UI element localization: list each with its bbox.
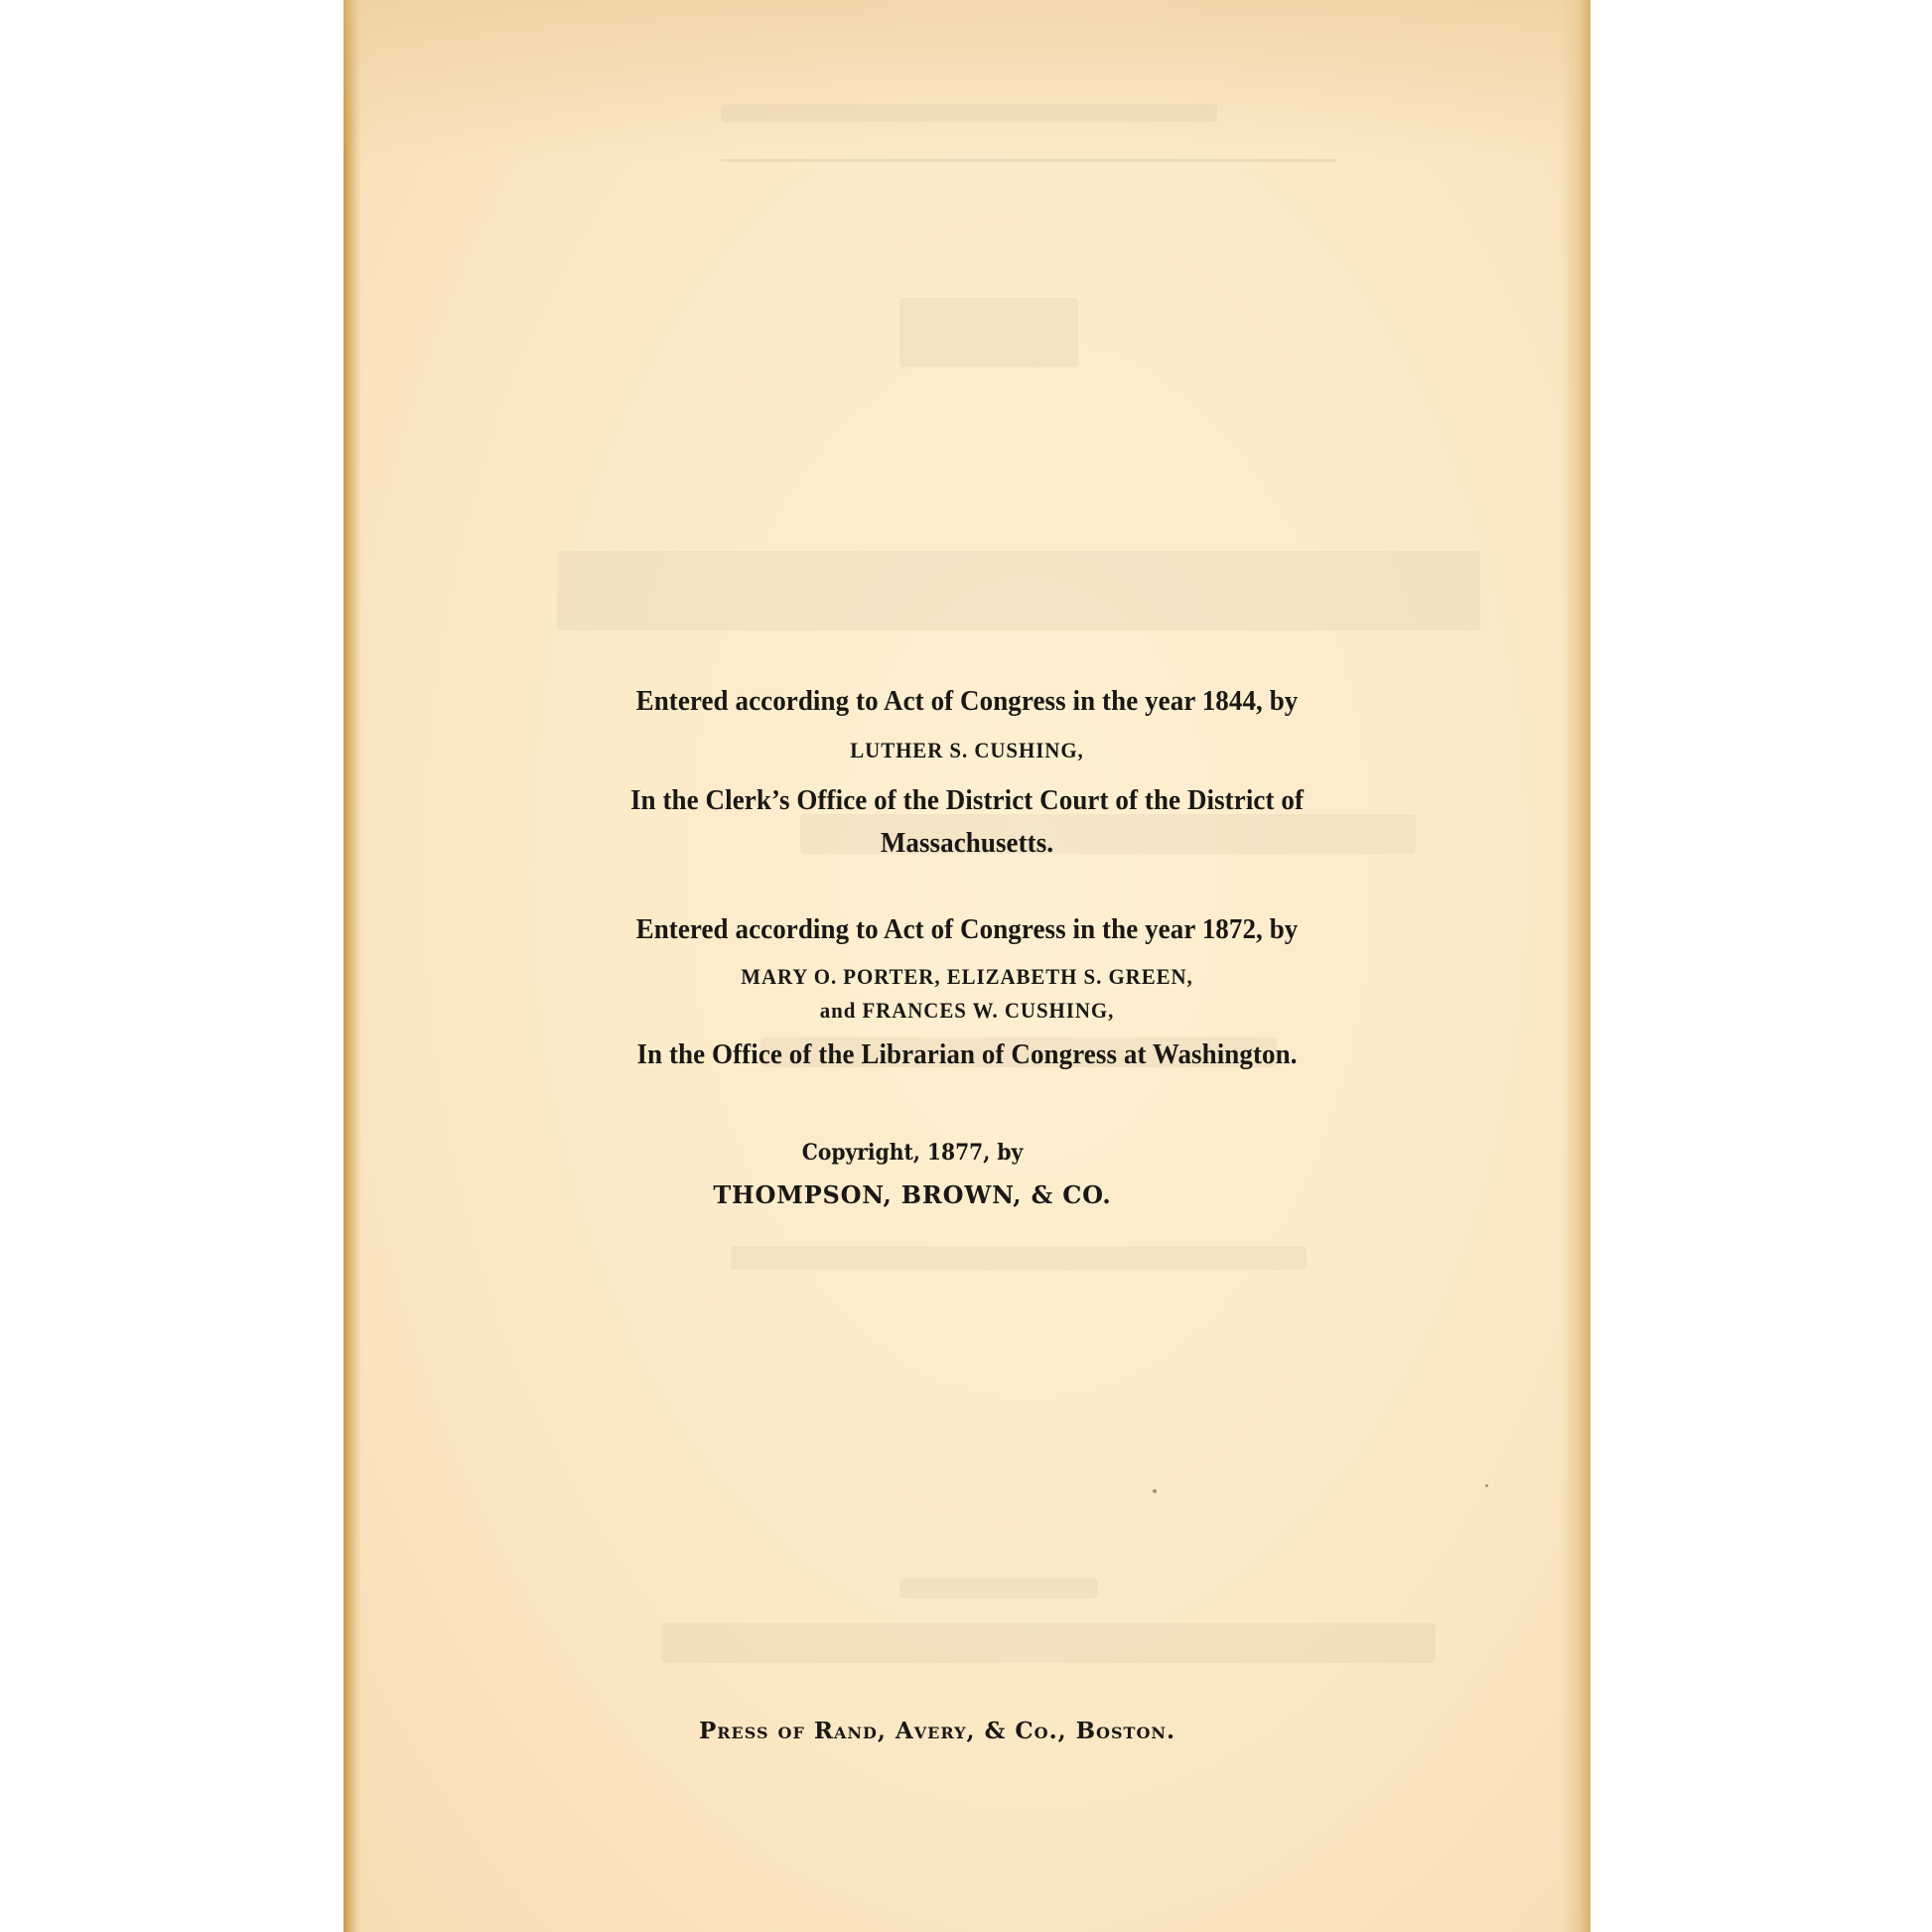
show-through-mark bbox=[899, 1579, 1098, 1598]
entry-1844-office-line-1: In the Clerk’s Office of the District Co… bbox=[387, 784, 1547, 817]
copyright-1877-publisher: THOMPSON, BROWN, & CO. bbox=[344, 1180, 1536, 1209]
page-discoloration bbox=[344, 0, 1590, 159]
entry-1872-statement: Entered according to Act of Congress in … bbox=[387, 913, 1547, 946]
show-through-mark bbox=[899, 298, 1078, 367]
entry-1872-proprietors-line-1: MARY O. PORTER, ELIZABETH S. GREEN, bbox=[374, 964, 1559, 990]
show-through-mark bbox=[661, 1623, 1436, 1663]
show-through-rule bbox=[721, 159, 1336, 162]
show-through-mark bbox=[557, 551, 1480, 630]
show-through-mark bbox=[721, 104, 1217, 122]
entry-1872-office-line: In the Office of the Librarian of Congre… bbox=[387, 1038, 1547, 1071]
entry-1872-proprietors-line-2: and FRANCES W. CUSHING, bbox=[374, 998, 1559, 1024]
book-page: Entered according to Act of Congress in … bbox=[344, 0, 1590, 1932]
entry-1844-office-line-2: Massachusetts. bbox=[387, 827, 1547, 860]
paper-speck bbox=[1485, 1484, 1488, 1487]
show-through-mark bbox=[731, 1246, 1307, 1270]
paper-speck bbox=[1153, 1489, 1157, 1493]
printer-imprint: Press of Rand, Avery, & Co., Boston. bbox=[344, 1718, 1561, 1744]
entry-1844-proprietor: LUTHER S. CUSHING, bbox=[374, 738, 1559, 763]
copyright-1877-statement: Copyright, 1877, by bbox=[344, 1140, 1486, 1166]
entry-1844-statement: Entered according to Act of Congress in … bbox=[387, 685, 1547, 718]
